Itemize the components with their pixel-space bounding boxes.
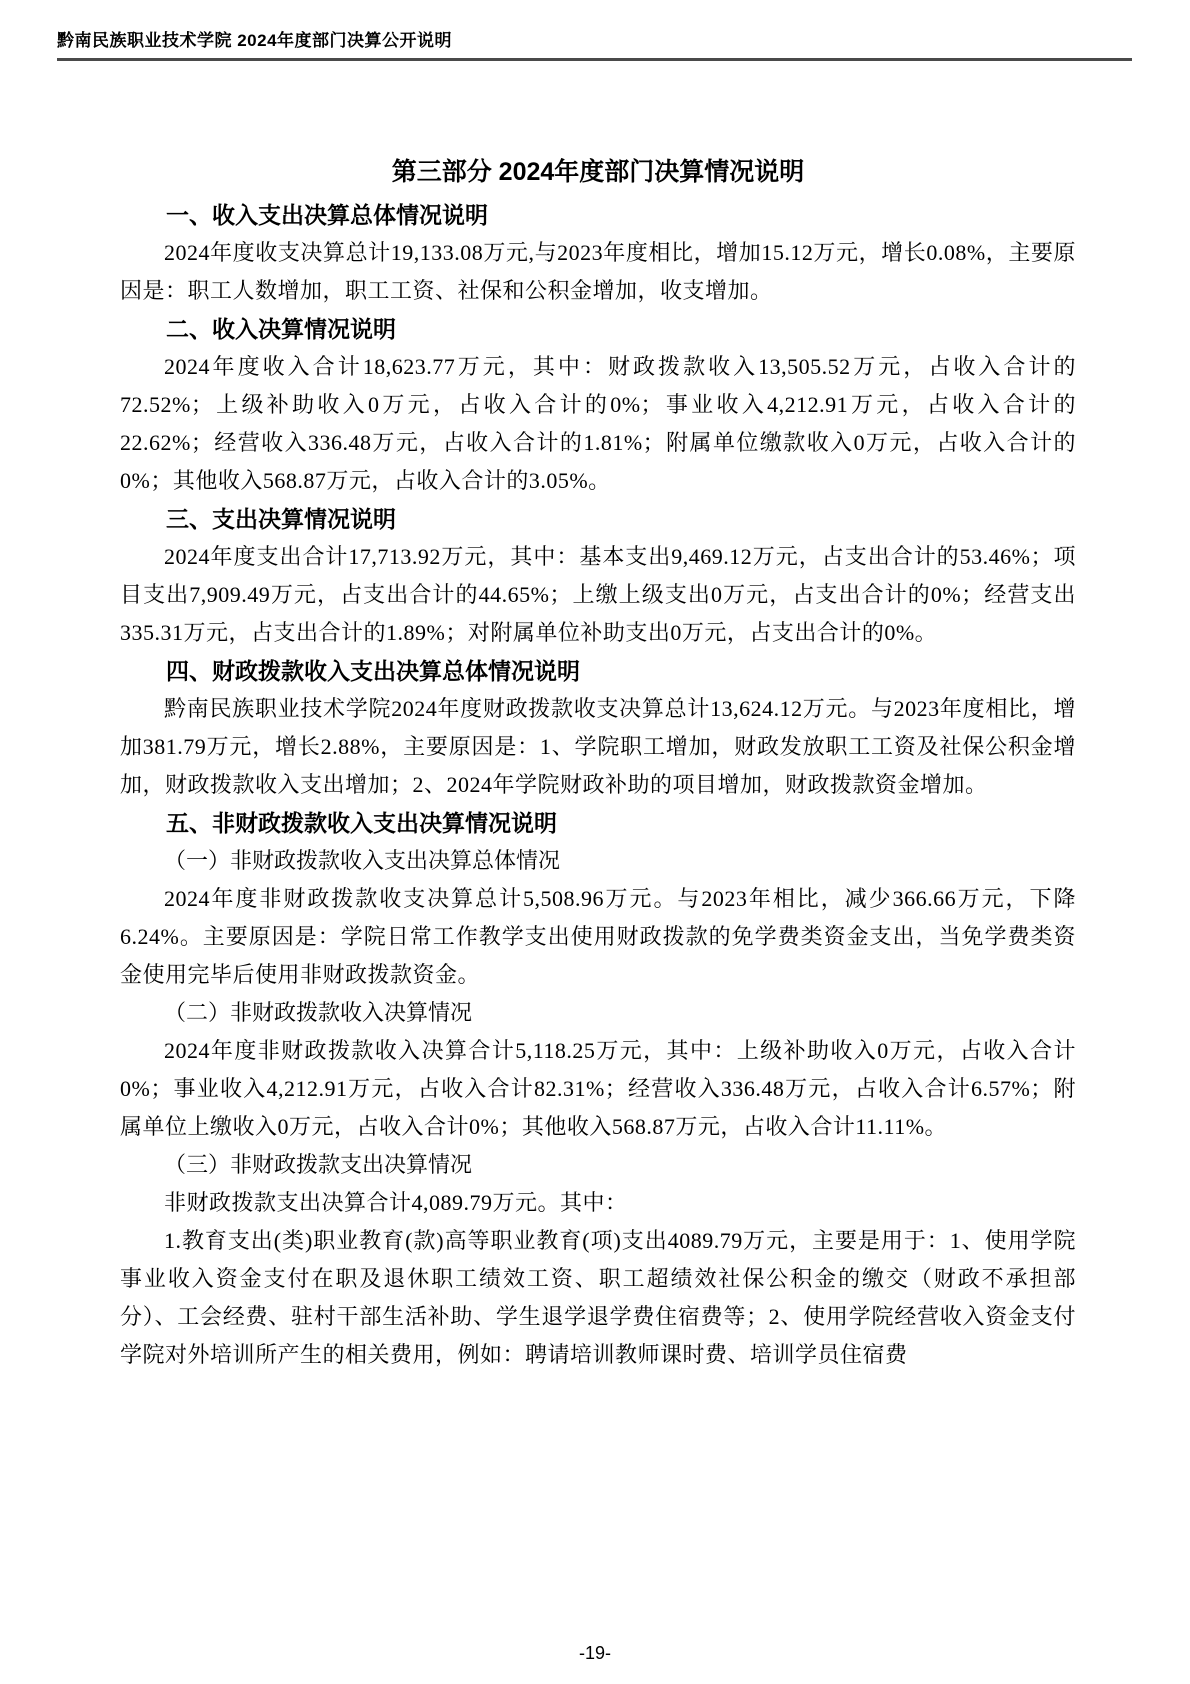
paragraph: 2024年度收支决算总计19,133.08万元,与2023年度相比，增加15.1… <box>120 234 1076 310</box>
section-heading: 二、收入决算情况说明 <box>120 310 1076 348</box>
section-heading: 四、财政拨款收入支出决算总体情况说明 <box>120 652 1076 690</box>
page-number: -19- <box>0 1642 1190 1664</box>
paragraph: 2024年度非财政拨款收入决算合计5,118.25万元，其中：上级补助收入0万元… <box>120 1032 1076 1146</box>
subsection-heading: （一）非财政拨款收入支出决算总体情况 <box>120 842 1076 880</box>
document-header: 黔南民族职业技术学院 2024年度部门决算公开说明 <box>57 30 1132 61</box>
section-heading: 一、收入支出决算总体情况说明 <box>120 196 1076 234</box>
paragraph: 非财政拨款支出决算合计4,089.79万元。其中： <box>120 1184 1076 1222</box>
paragraph: 2024年度非财政拨款收支决算总计5,508.96万元。与2023年相比，减少3… <box>120 880 1076 994</box>
document-body: 一、收入支出决算总体情况说明2024年度收支决算总计19,133.08万元,与2… <box>120 196 1076 1374</box>
paragraph: 黔南民族职业技术学院2024年度财政拨款收支决算总计13,624.12万元。与2… <box>120 690 1076 804</box>
document-header-text: 黔南民族职业技术学院 2024年度部门决算公开说明 <box>57 31 452 50</box>
section-heading: 五、非财政拨款收入支出决算情况说明 <box>120 804 1076 842</box>
subsection-heading: （二）非财政拨款收入决算情况 <box>120 994 1076 1032</box>
paragraph: 2024年度支出合计17,713.92万元，其中：基本支出9,469.12万元，… <box>120 538 1076 652</box>
section-heading: 三、支出决算情况说明 <box>120 500 1076 538</box>
document-page: 黔南民族职业技术学院 2024年度部门决算公开说明 第三部分 2024年度部门决… <box>0 0 1190 1684</box>
paragraph: 1.教育支出(类)职业教育(款)高等职业教育(项)支出4089.79万元，主要是… <box>120 1222 1076 1374</box>
paragraph: 2024年度收入合计18,623.77万元，其中：财政拨款收入13,505.52… <box>120 348 1076 500</box>
page-title: 第三部分 2024年度部门决算情况说明 <box>120 156 1076 188</box>
subsection-heading: （三）非财政拨款支出决算情况 <box>120 1146 1076 1184</box>
